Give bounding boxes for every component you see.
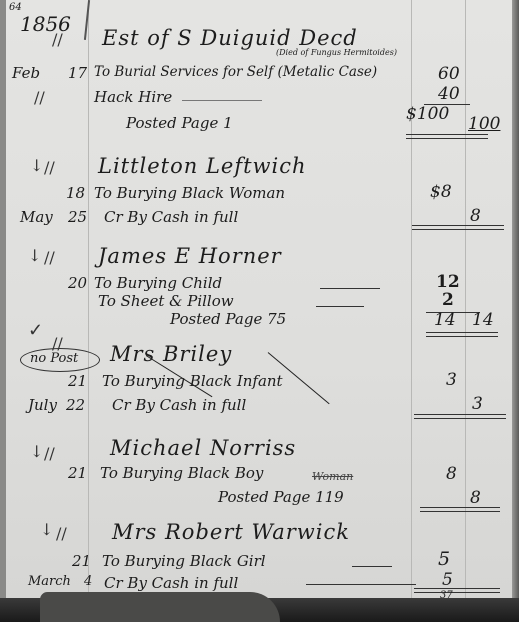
amount: 5 (438, 548, 450, 570)
page-edge (512, 0, 519, 622)
posted-note: Posted Page 119 (218, 488, 344, 506)
amount: 8 (446, 464, 457, 484)
entry-description: Cr By Cash in full (104, 574, 238, 592)
posted-note: Posted Page 1 (126, 114, 233, 132)
amount-column-rule (411, 0, 412, 600)
account-name: Mrs Robert Warwick (112, 520, 350, 544)
entry-day: 22 (66, 396, 85, 414)
fill-line (320, 288, 380, 289)
posted-note: Posted Page 75 (170, 310, 286, 328)
posting-mark: // (56, 524, 67, 543)
total-rule (406, 134, 488, 139)
entry-day: 4 (84, 574, 92, 589)
posting-mark: // (44, 444, 55, 463)
entry-description: To Burying Black Boy (100, 464, 263, 482)
amount: 5 (442, 570, 453, 590)
entry-day: 25 (68, 208, 87, 226)
amount: $100 (406, 104, 449, 124)
entry-description: To Sheet & Pillow (98, 292, 234, 310)
amount: 60 (438, 64, 460, 84)
amount: 3 (446, 370, 457, 390)
fill-line (316, 306, 364, 307)
arrow-mark: ↓ (30, 156, 43, 175)
date-column-rule (88, 0, 89, 600)
entry-description: To Burial Services for Self (Metalic Cas… (94, 64, 377, 80)
entry-day: 18 (66, 184, 85, 202)
ledger-page: 64 1856 // Est of S Duiguid Decd (Died o… (0, 0, 512, 600)
total-rule (426, 332, 498, 337)
account-name: Littleton Leftwich (98, 154, 307, 178)
posting-mark: // (44, 248, 55, 267)
account-note: (Died of Fungus Hermitoides) (276, 48, 397, 57)
arrow-mark: ↓ (40, 520, 53, 539)
posting-mark: // (52, 30, 63, 49)
amount: 12 (436, 272, 460, 292)
account-name: Est of S Duiguid Decd (102, 26, 358, 50)
amount: 40 (438, 84, 460, 104)
fill-line (182, 100, 262, 101)
fill-line (306, 584, 416, 585)
posting-mark: // (34, 88, 45, 107)
entry-description: To Burying Black Infant (102, 372, 283, 390)
struck-word: Woman (312, 470, 353, 483)
total-rule (414, 588, 500, 593)
total-rule (420, 507, 500, 512)
entry-description: To Burying Child (94, 274, 222, 292)
account-name: James E Horner (98, 244, 282, 268)
entry-description: To Burying Black Woman (94, 184, 285, 202)
entry-date: May (20, 208, 53, 226)
total: 8 (470, 206, 481, 226)
account-name: Michael Norriss (110, 436, 296, 460)
book-binding (0, 598, 519, 622)
amount: 2 (442, 290, 454, 310)
arrow-mark: ↓ (28, 246, 41, 265)
entry-date: July (28, 396, 57, 414)
page-curl (40, 592, 280, 622)
entry-date: March (28, 574, 71, 589)
total: 100 (468, 114, 500, 134)
entry-day: 21 (68, 464, 87, 482)
entry-day: 17 (68, 64, 87, 82)
margin-note: no Post (30, 351, 78, 366)
amount: $8 (430, 182, 452, 202)
check-mark: ✓ (28, 320, 43, 341)
total: 3 (472, 394, 483, 414)
fill-line (352, 566, 392, 567)
arrow-mark: ↓ (30, 442, 43, 461)
amount: 14 (434, 310, 456, 330)
entry-description: Cr By Cash in full (112, 396, 246, 414)
posting-mark: // (44, 158, 55, 177)
entry-day: 20 (68, 274, 87, 292)
entry-description: To Burying Black Girl (102, 552, 266, 570)
total-rule (412, 225, 504, 230)
entry-description: Hack Hire (94, 88, 172, 106)
entry-day: 21 (68, 372, 87, 390)
total: 8 (470, 488, 481, 508)
total: 14 (472, 310, 494, 330)
account-name: Mrs Briley (110, 342, 232, 366)
entry-day: 21 (72, 552, 91, 570)
header-rule (84, 0, 90, 40)
entry-date: Feb (12, 64, 40, 82)
year: 1856 (20, 12, 71, 36)
entry-description: Cr By Cash in full (104, 208, 238, 226)
total-rule (414, 414, 506, 419)
